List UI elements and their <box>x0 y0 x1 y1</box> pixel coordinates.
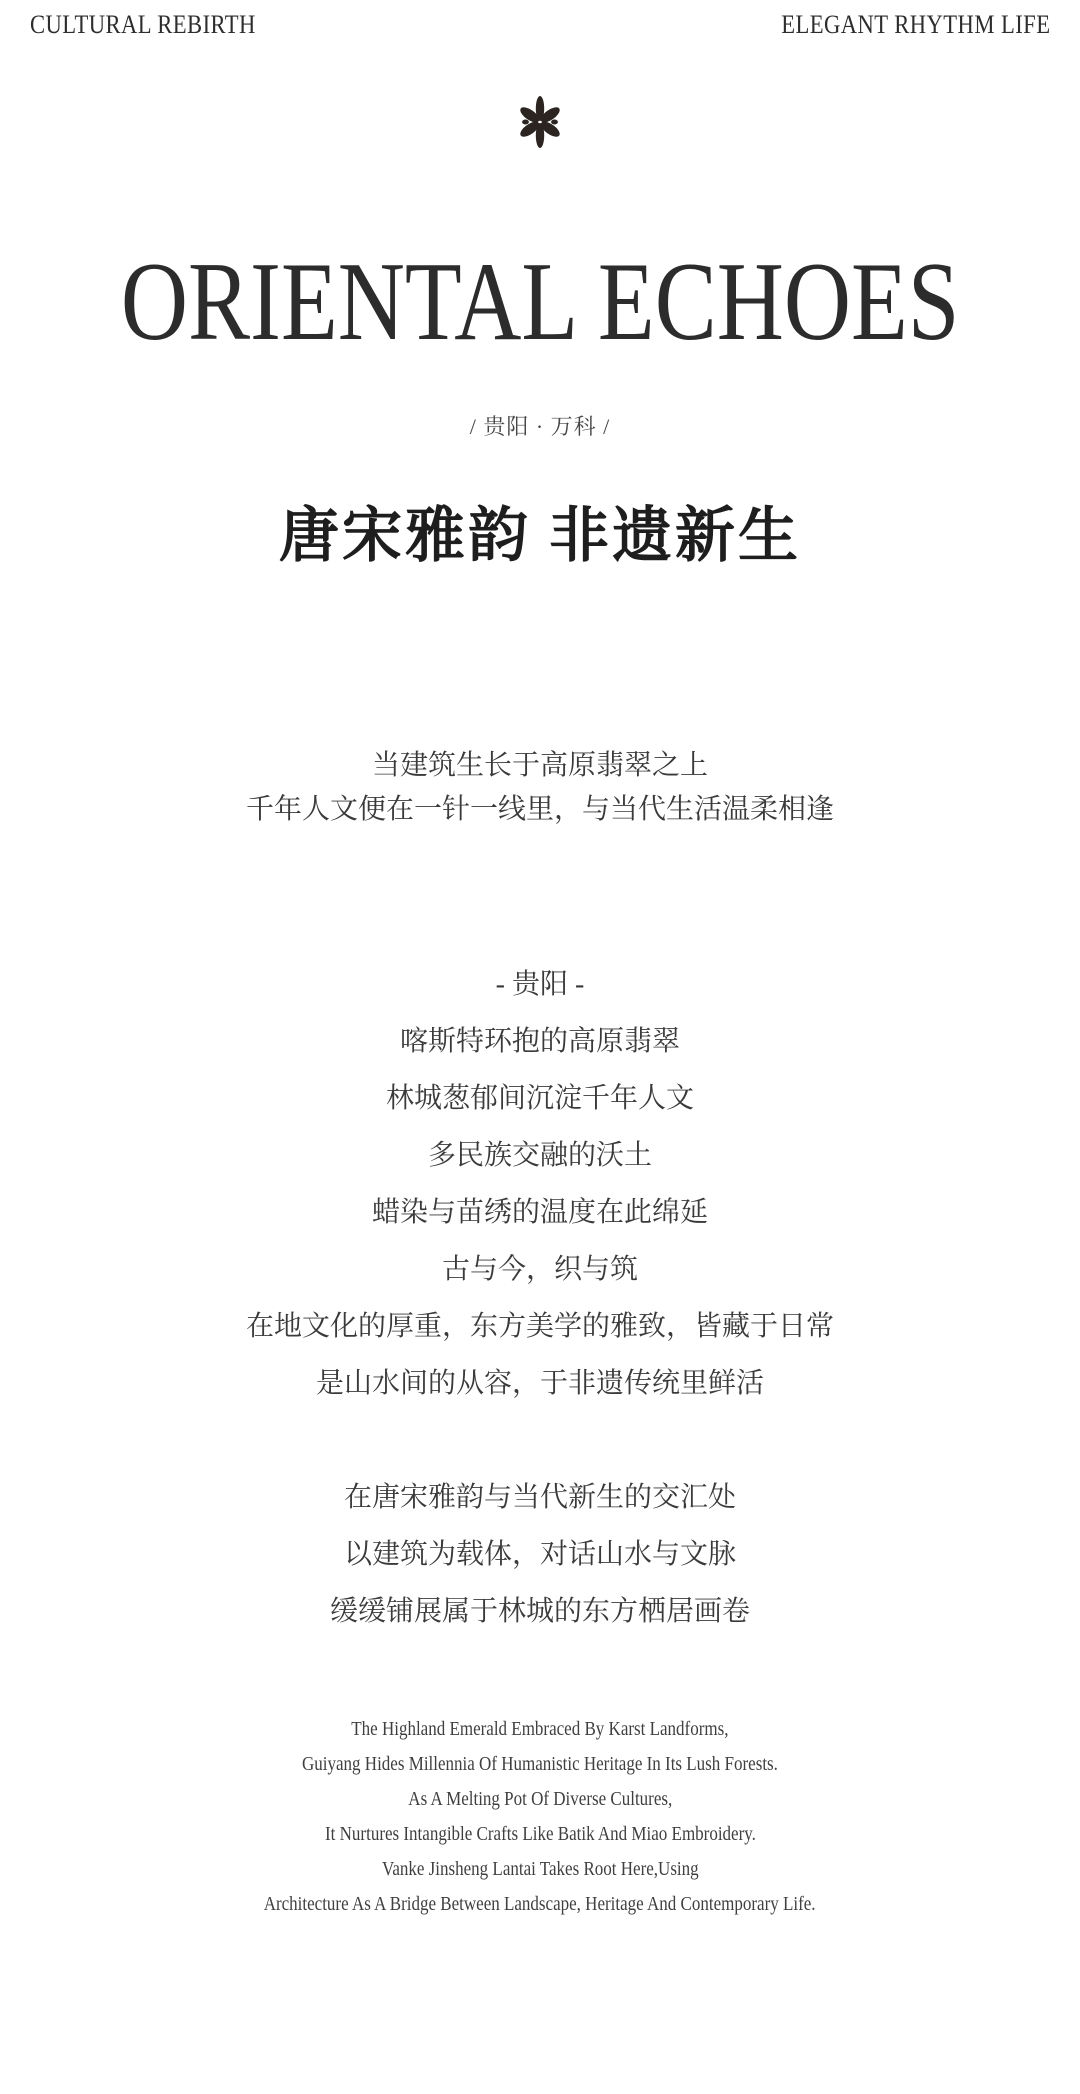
city-poem-line: 是山水间的从容，于非遗传统里鲜活 <box>0 1355 1080 1412</box>
english-line-text: As A Melting Pot Of Diverse Cultures, <box>408 1782 672 1817</box>
city-poem-section: - 贵阳 - 喀斯特环抱的高原翡翠 林城葱郁间沉淀千年人文 多民族交融的沃土 蜡… <box>0 956 1080 1412</box>
intro-line: 当建筑生长于高原翡翠之上 <box>0 744 1080 788</box>
city-poem-line: 多民族交融的沃土 <box>0 1127 1080 1184</box>
city-poem-line: 在地文化的厚重，东方美学的雅致，皆藏于日常 <box>0 1298 1080 1355</box>
article-page: CULTURAL REBIRTH ELEGANT RHYTHM LIFE ORI… <box>0 0 1080 2094</box>
english-line: It Nurtures Intangible Crafts Like Batik… <box>0 1817 1080 1852</box>
section-heading-guiyang: - 贵阳 - <box>0 956 1080 1013</box>
english-line-text: Architecture As A Bridge Between Landsca… <box>264 1887 816 1922</box>
vision-section: 在唐宋雅韵与当代新生的交汇处 以建筑为载体，对话山水与文脉 缓缓铺展属于林城的东… <box>0 1469 1080 1640</box>
english-line-text: It Nurtures Intangible Crafts Like Batik… <box>325 1817 756 1852</box>
header-right-label: ELEGANT RHYTHM LIFE <box>781 10 1050 40</box>
english-line-text: Vanke Jinsheng Lantai Takes Root Here,Us… <box>382 1852 699 1887</box>
city-poem-line: 喀斯特环抱的高原翡翠 <box>0 1013 1080 1070</box>
english-line: Vanke Jinsheng Lantai Takes Root Here,Us… <box>0 1852 1080 1887</box>
city-poem-line: 古与今，织与筑 <box>0 1241 1080 1298</box>
page-title-cn: 唐宋雅韵 非遗新生 <box>0 500 1080 572</box>
vision-line: 以建筑为载体，对话山水与文脉 <box>0 1526 1080 1583</box>
english-line: Architecture As A Bridge Between Landsca… <box>0 1887 1080 1922</box>
vision-line: 缓缓铺展属于林城的东方栖居画卷 <box>0 1583 1080 1640</box>
city-poem-line: 蜡染与苗绣的温度在此绵延 <box>0 1184 1080 1241</box>
english-translation-section: The Highland Emerald Embraced By Karst L… <box>0 1712 1080 1922</box>
english-line-text: Guiyang Hides Millennia Of Humanistic He… <box>302 1747 778 1782</box>
masthead-title: ORIENTAL ECHOES <box>0 240 1080 365</box>
flower-ornament-icon <box>0 94 1080 150</box>
vision-line: 在唐宋雅韵与当代新生的交汇处 <box>0 1469 1080 1526</box>
top-header: CULTURAL REBIRTH ELEGANT RHYTHM LIFE <box>30 10 1050 40</box>
city-poem-line: 林城葱郁间沉淀千年人文 <box>0 1070 1080 1127</box>
intro-line: 千年人文便在一针一线里，与当代生活温柔相逢 <box>0 788 1080 832</box>
masthead-title-text: ORIENTAL ECHOES <box>121 240 960 365</box>
header-left-label: CULTURAL REBIRTH <box>30 10 256 40</box>
english-line: Guiyang Hides Millennia Of Humanistic He… <box>0 1747 1080 1782</box>
english-line: As A Melting Pot Of Diverse Cultures, <box>0 1782 1080 1817</box>
english-line: The Highland Emerald Embraced By Karst L… <box>0 1712 1080 1747</box>
location-tag: / 贵阳 · 万科 / <box>0 410 1080 441</box>
english-line-text: The Highland Emerald Embraced By Karst L… <box>351 1712 728 1747</box>
intro-couplet: 当建筑生长于高原翡翠之上 千年人文便在一针一线里，与当代生活温柔相逢 <box>0 744 1080 832</box>
